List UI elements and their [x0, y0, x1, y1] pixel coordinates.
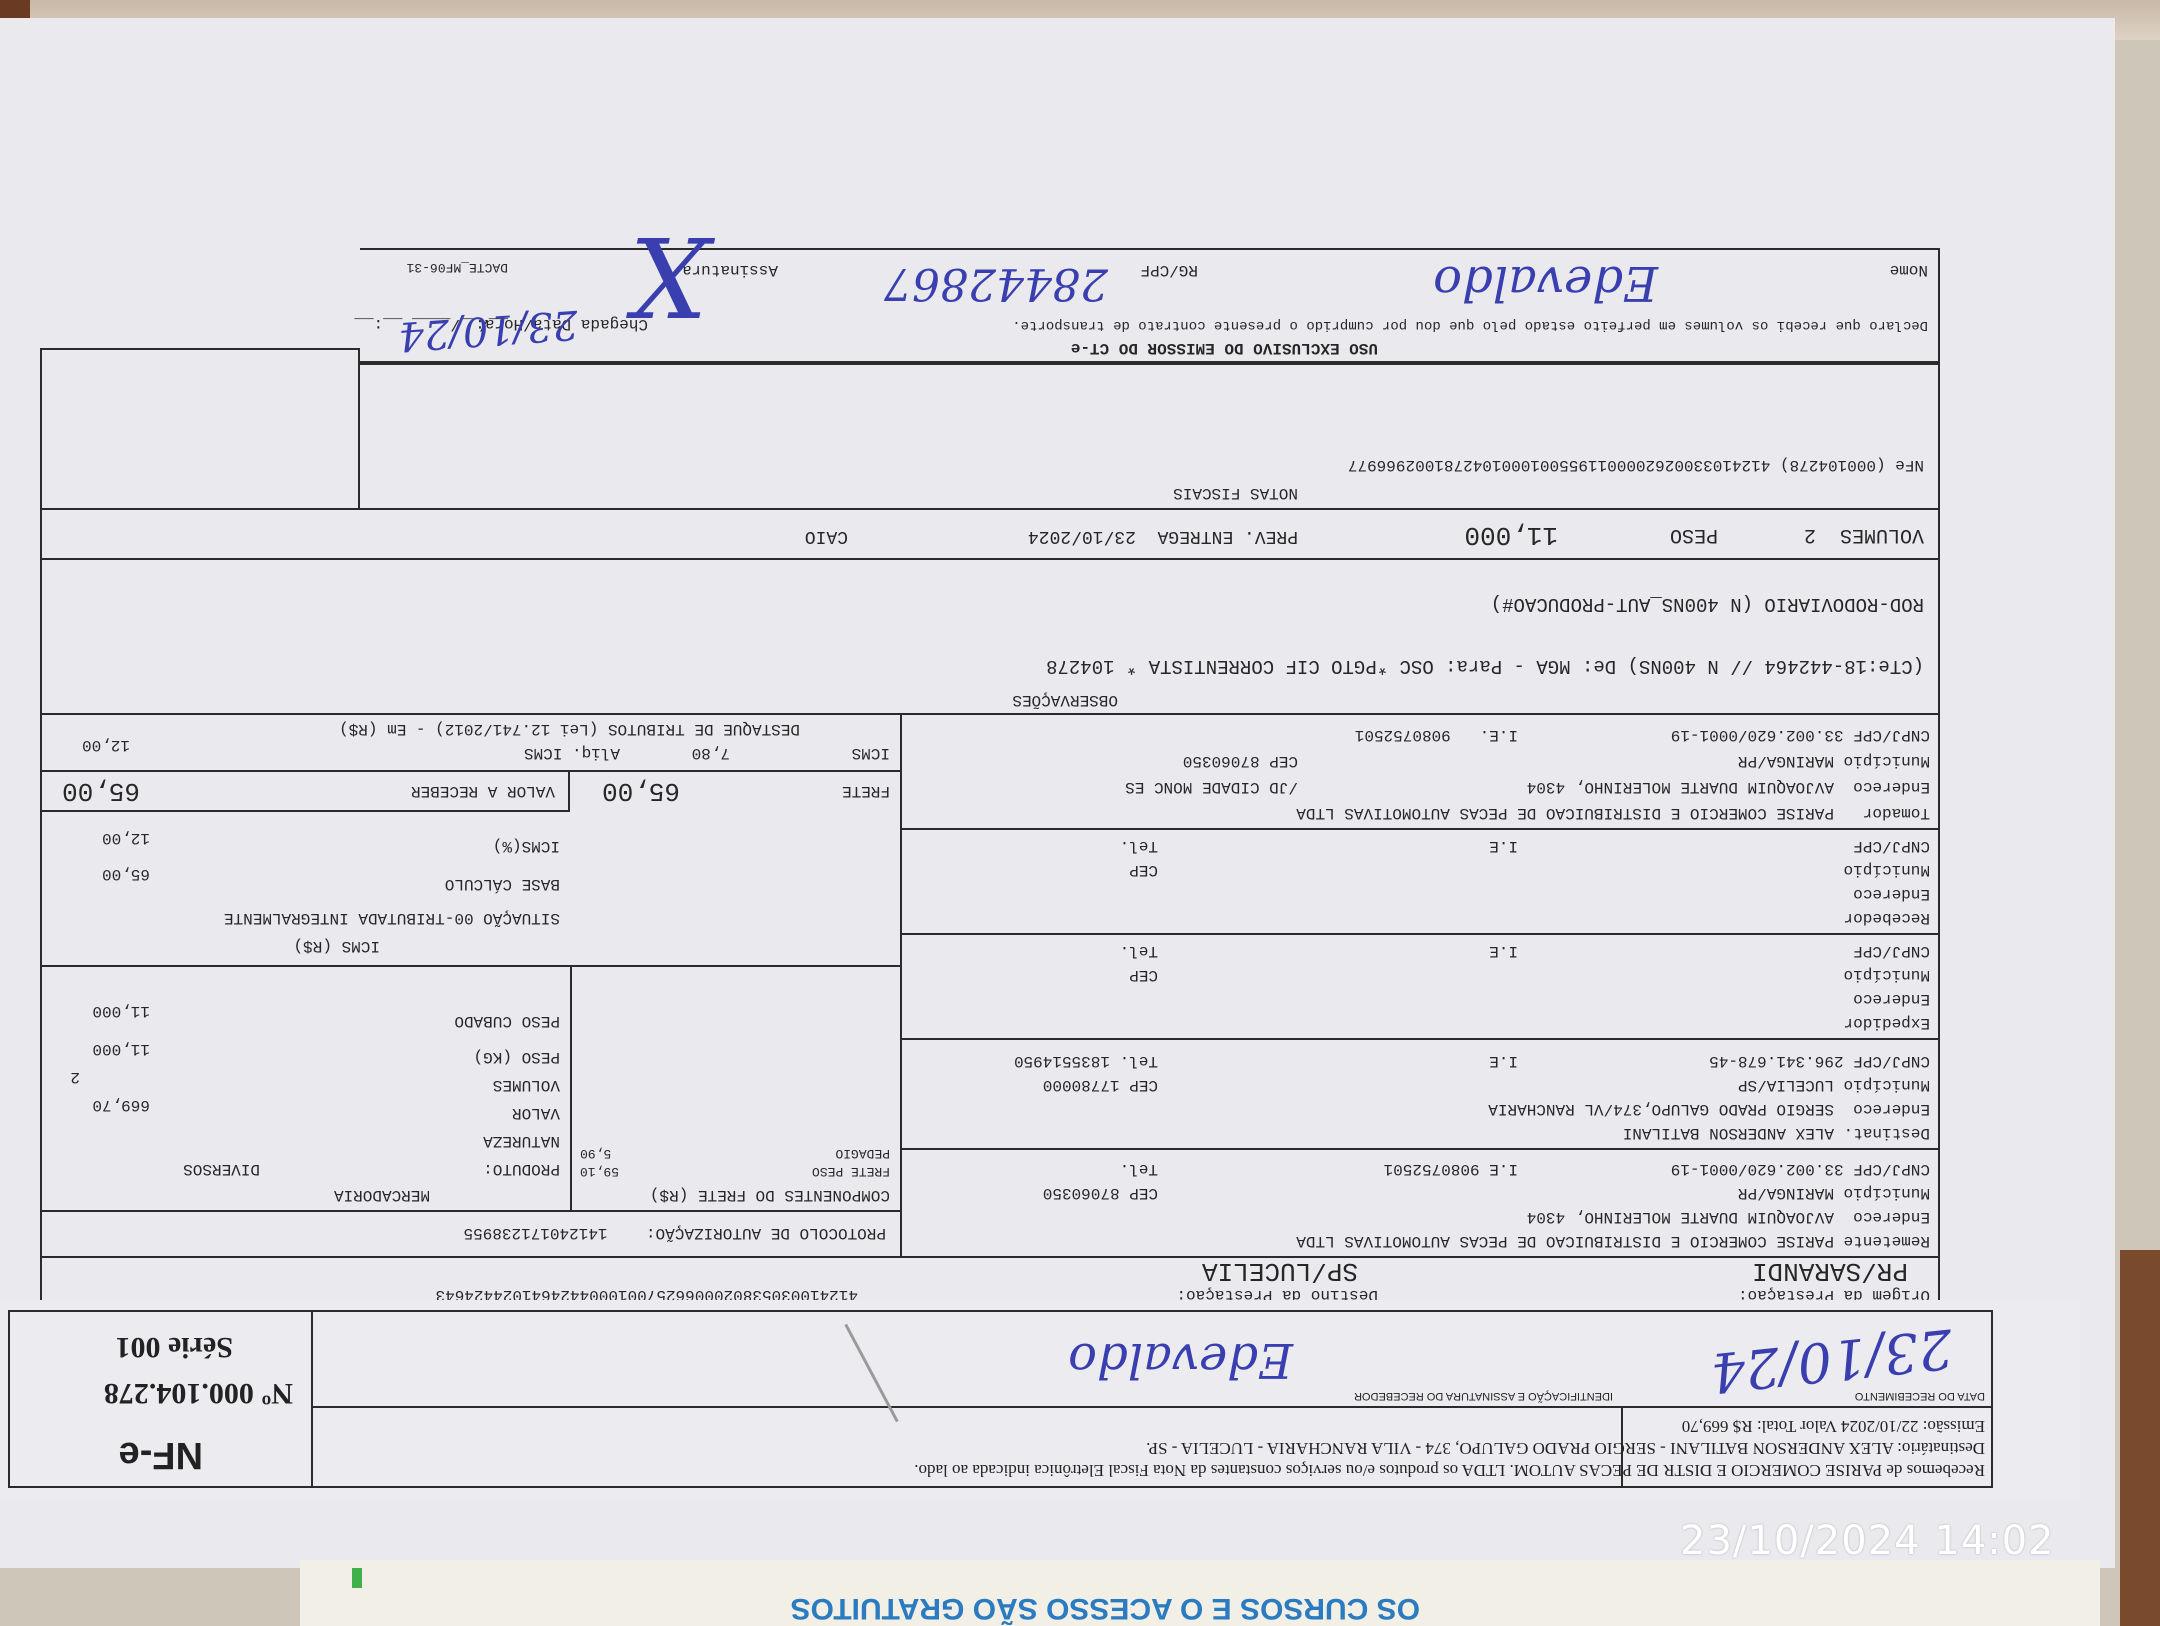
destinatario-municipio-label: Município [1844, 1076, 1930, 1094]
nome-label: Nome [1890, 261, 1928, 279]
valor-receber-label: VALOR A RECEBER [411, 782, 555, 800]
blank-box [40, 348, 360, 508]
remetente-cnpj-label: CNPJ/CPF [1853, 1160, 1930, 1178]
recebedor-ie-label: I.E [1489, 837, 1518, 855]
mercadoria-title: MERCADORIA [334, 1186, 430, 1204]
expedidor-cnpj-label: CNPJ/CPF [1853, 942, 1930, 960]
remetente-nome: PARISE COMERCIO E DISTRIBUICAO DE PECAS … [1296, 1232, 1834, 1250]
remetente-cep: 87060350 [1043, 1184, 1120, 1202]
recebedor-endereco-label: Endereco [1853, 885, 1930, 903]
valor-receber-value: 65,00 [62, 776, 140, 806]
tomador-endereco-label: Endereco [1853, 778, 1930, 796]
mercadoria-block: MERCADORIA PRODUTO: DIVERSOS NATUREZA VA… [40, 965, 570, 1210]
nfe-title: NF-e [119, 1433, 203, 1476]
remetente-cep-label: CEP [1129, 1184, 1158, 1202]
componente-row: PEDAGIO5,90 [580, 1144, 890, 1162]
componente-label: PEDAGIO [835, 1144, 890, 1162]
uso-exclusivo: USO EXCLUSIVO DO EMISSOR DO CT-e [1071, 339, 1378, 357]
destinatario-ie-label: I.E [1489, 1052, 1518, 1070]
produto-value: DIVERSOS [183, 1160, 260, 1178]
background-green-mark [352, 1568, 362, 1588]
protocolo-value: 141240171238955 [464, 1224, 608, 1242]
stub-recebemos: Recebemos de PARISE COMERCIO E DISTR DE … [914, 1460, 1985, 1480]
peso-kg-label: PESO (KG) [474, 1048, 560, 1066]
destinatario-endereco: SERGIO PRADO GALUPO,374/VL RANCHARIA [1488, 1100, 1834, 1118]
notas-fiscais-title: NOTAS FISCAIS [1173, 484, 1298, 502]
remetente-block: Remetente PARISE COMERCIO E DISTRIBUICAO… [900, 1148, 1940, 1258]
remetente-ie-label: I.E [1489, 1160, 1518, 1178]
data-recebimento-label: DATA DO RECEBIMENTO [1855, 1390, 1985, 1402]
rgcpf-handwritten: 28442867 [884, 258, 1108, 309]
valor-label: VALOR [512, 1104, 560, 1122]
icms-situacao: SITUAÇÃO 00-TRIBUTADA INTEGRALMENTE [224, 909, 560, 927]
frete-value: 65,00 [602, 776, 680, 806]
carga-volumes-label: VOLUMES [1840, 523, 1924, 546]
destinatario-cep-label: CEP [1129, 1076, 1158, 1094]
stub-destinatario: Destinatário: ALEX ANDERSON BATILANI - S… [1146, 1438, 1985, 1458]
prev-entrega: 23/10/2024 [1028, 526, 1136, 546]
notas-fiscais-line: NFe (000104278) 412410330026200001195500… [1348, 456, 1924, 474]
remetente-municipio: MARINGA/PR [1738, 1184, 1834, 1202]
tomador-bairro: /JD CIDADE MONC ES [1125, 778, 1298, 796]
componentes-title: COMPONENTES DO FRETE (R$) [650, 1186, 890, 1204]
notas-fiscais-block: NOTAS FISCAIS NFe (000104278) 4124103300… [360, 363, 1940, 508]
tributos-title: DESTAQUE DE TRIBUTOS (Lei 12.741/2012) -… [339, 720, 800, 738]
remetente-municipio-label: Município [1844, 1184, 1930, 1202]
nfe-serie: Série 001 [116, 1330, 233, 1364]
tomador-ie: 9080752501 [1355, 726, 1451, 744]
recebedor-tel-label: Tel. [1120, 837, 1158, 855]
background-paper-text: OS CURSOS E O ACESSO SÃO GRATUITOS [640, 1575, 1420, 1625]
componente-row: FRETE PESO59,10 [580, 1162, 890, 1180]
remetente-tel-label: Tel. [1120, 1160, 1158, 1178]
remetente-ie: 9080752501 [1384, 1160, 1480, 1178]
componentes-list: FRETE PESO59,10PEDAGIO5,90 [580, 1144, 890, 1180]
tomador-label: Tomador [1863, 804, 1930, 822]
carga-block: VOLUMES 2 PESO 11,000 PREV. ENTREGA 23/1… [40, 508, 1940, 558]
peso-kg-value: 11,000 [92, 1040, 150, 1058]
tomador-cnpj: 33.002.620/0001-19 [1671, 726, 1844, 744]
icms-trib-label: ICMS [852, 744, 890, 762]
tomador-cnpj-label: CNPJ/CPF [1853, 726, 1930, 744]
destinatario-nome: ALEX ANDERSON BATILANI [1623, 1124, 1834, 1142]
componente-label: FRETE PESO [812, 1162, 890, 1180]
remetente-label: Remetente [1844, 1232, 1930, 1250]
destinatario-municipio: LUCELIA/SP [1738, 1076, 1834, 1094]
carga-peso: 11,000 [1464, 520, 1558, 550]
peso-cubado-label: PESO CUBADO [454, 1012, 560, 1030]
expedidor-cep-label: CEP [1129, 966, 1158, 984]
expedidor-tel-label: Tel. [1120, 942, 1158, 960]
identificacao-label: IDENTIFICAÇÃO E ASSINATURA DO RECEBEDOR [1354, 1390, 1613, 1402]
recebedor-block: Recebedor Endereco Município CEP CNPJ/CP… [900, 828, 1940, 933]
remetente-endereco-label: Endereco [1853, 1208, 1930, 1226]
valores-divider [568, 772, 570, 810]
nfe-receipt-stub: Recebemos de PARISE COMERCIO E DISTR DE … [0, 1300, 2080, 1500]
stub-emissao: Emissão: 22/10/2024 Valor Total: R$ 669,… [1682, 1416, 1985, 1436]
assinatura-handwritten: Edevaldo [1068, 1332, 1293, 1388]
nfe-stub-content: Recebemos de PARISE COMERCIO E DISTR DE … [8, 1310, 1993, 1488]
peso-cubado-value: 11,000 [92, 1002, 150, 1020]
background-wood-right [2120, 1250, 2160, 1626]
recebedor-cep-label: CEP [1129, 861, 1158, 879]
componentes-block: COMPONENTES DO FRETE (R$) FRETE PESO59,1… [570, 965, 900, 1210]
expedidor-ie-label: I.E [1489, 942, 1518, 960]
tomador-cep-label: CEP [1269, 752, 1298, 770]
volumes-value: 2 [70, 1068, 80, 1086]
valor-value: 669,70 [92, 1096, 150, 1114]
observacoes-line1: (CTe:18-442464 // N 400NS) De: MGA - Par… [1046, 655, 1924, 677]
aliq-value: 12,00 [82, 736, 130, 754]
chegada-handwritten: 23/10/24 [397, 301, 579, 359]
base-calculo-value: 65,00 [102, 865, 150, 883]
destinatario-tel: 1835514950 [1014, 1052, 1110, 1070]
observacoes-block: OBSERVAÇÕES (CTe:18-442464 // N 400NS) D… [40, 558, 1940, 713]
tomador-municipio: MARINGA/PR [1738, 752, 1834, 770]
icms-title: ICMS (R$) [294, 937, 380, 955]
base-calculo-label: BASE CÁLCULO [445, 875, 560, 893]
expedidor-municipio-label: Município [1844, 966, 1930, 984]
icms-trib-value: 7,80 [692, 744, 730, 762]
tomador-municipio-label: Município [1844, 752, 1930, 770]
recebedor-cnpj-label: CNPJ/CPF [1853, 837, 1930, 855]
carga-peso-label: PESO [1670, 523, 1718, 546]
prev-entrega-label: PREV. ENTREGA [1158, 526, 1298, 546]
destinatario-block: Destinat. ALEX ANDERSON BATILANI Enderec… [900, 1038, 1940, 1148]
expedidor-endereco-label: Endereco [1853, 990, 1930, 1008]
tributos-block: ICMS 7,80 Aliq. ICMS 12,00 DESTAQUE DE T… [40, 713, 900, 770]
icms-pct-value: 12,00 [102, 829, 150, 847]
destinatario-cnpj-label: CNPJ/CPF [1853, 1052, 1930, 1070]
tomador-cep: 87060350 [1183, 752, 1260, 770]
stub-row-divider [313, 1406, 1993, 1408]
remetente-cnpj: 33.002.620/0001-19 [1671, 1160, 1844, 1178]
photo-timestamp: 23/10/2024 14:02 [1680, 1518, 2055, 1564]
componente-value: 5,90 [580, 1144, 611, 1162]
tomador-block: Tomador PARISE COMERCIO E DISTRIBUICAO D… [900, 713, 1940, 828]
declaration-text: Declaro que recebi os volumes em perfeit… [1012, 317, 1928, 333]
tomador-nome: PARISE COMERCIO E DISTRIBUICAO DE PECAS … [1296, 804, 1834, 822]
rgcpf-label: RG/CPF [1140, 261, 1198, 279]
dacte-code: DACTE_MF06-31 [407, 260, 508, 275]
protocolo-block: PROTOCOLO DE AUTORIZAÇÃO: 14124017123895… [40, 1210, 900, 1258]
tomador-endereco: AVJOAQUIM DUARTE MOLERINHO, 4304 [1527, 778, 1834, 796]
observacoes-line2: ROD-RODOVIARIO (N 400NS_AUT-PRODUCAO#) [1491, 593, 1924, 615]
aliq-label: Aliq. ICMS [524, 744, 620, 762]
cte-content: Origem da Prestação: PR/SARANDI Destino … [40, 248, 1940, 1308]
icms-pct-label: ICMS(%) [493, 837, 560, 855]
recebedor-municipio-label: Município [1844, 861, 1930, 879]
destinatario-cep: 17780000 [1043, 1076, 1120, 1094]
destinatario-cnpj: 296.341.678-45 [1709, 1052, 1843, 1070]
remetente-endereco: AVJOAQUIM DUARTE MOLERINHO, 4304 [1527, 1208, 1834, 1226]
volumes-label: VOLUMES [493, 1076, 560, 1094]
componente-value: 59,10 [580, 1162, 619, 1180]
produto-label: PRODUTO: [483, 1160, 560, 1178]
observacoes-title: OBSERVAÇÕES [1012, 691, 1118, 709]
valores-block: FRETE 65,00 VALOR A RECEBER 65,00 [40, 770, 900, 810]
frete-label: FRETE [842, 782, 890, 800]
tomador-ie-label: I.E. [1480, 726, 1518, 744]
destino-value: SP/LUCELIA [1202, 1256, 1358, 1286]
carga-caio: CAIO [805, 526, 848, 546]
icms-block: ICMS (R$) SITUAÇÃO 00-TRIBUTADA INTEGRAL… [40, 810, 570, 965]
natureza-label: NATUREZA [483, 1132, 560, 1150]
nome-handwritten: Edevaldo [1433, 255, 1658, 311]
destinatario-endereco-label: Endereco [1853, 1100, 1930, 1118]
nfe-numero: Nº 000.104.278 [104, 1376, 293, 1410]
expedidor-label: Expedidor [1844, 1014, 1930, 1032]
recebedor-label: Recebedor [1844, 909, 1930, 927]
stub-col-divider [311, 1310, 313, 1488]
expedidor-block: Expedidor Endereco Município CEP CNPJ/CP… [900, 933, 1940, 1038]
protocolo-label: PROTOCOLO DE AUTORIZAÇÃO: [646, 1224, 886, 1242]
destinatario-label: Destinat. [1844, 1124, 1930, 1142]
assinatura-mark: X [630, 221, 708, 331]
receipt-footer: USO EXCLUSIVO DO EMISSOR DO CT-e Declaro… [360, 248, 1940, 363]
origem-value: PR/SARANDI [1752, 1256, 1908, 1286]
carga-volumes: 2 [1804, 523, 1816, 546]
destinatario-tel-label: Tel. [1120, 1052, 1158, 1070]
